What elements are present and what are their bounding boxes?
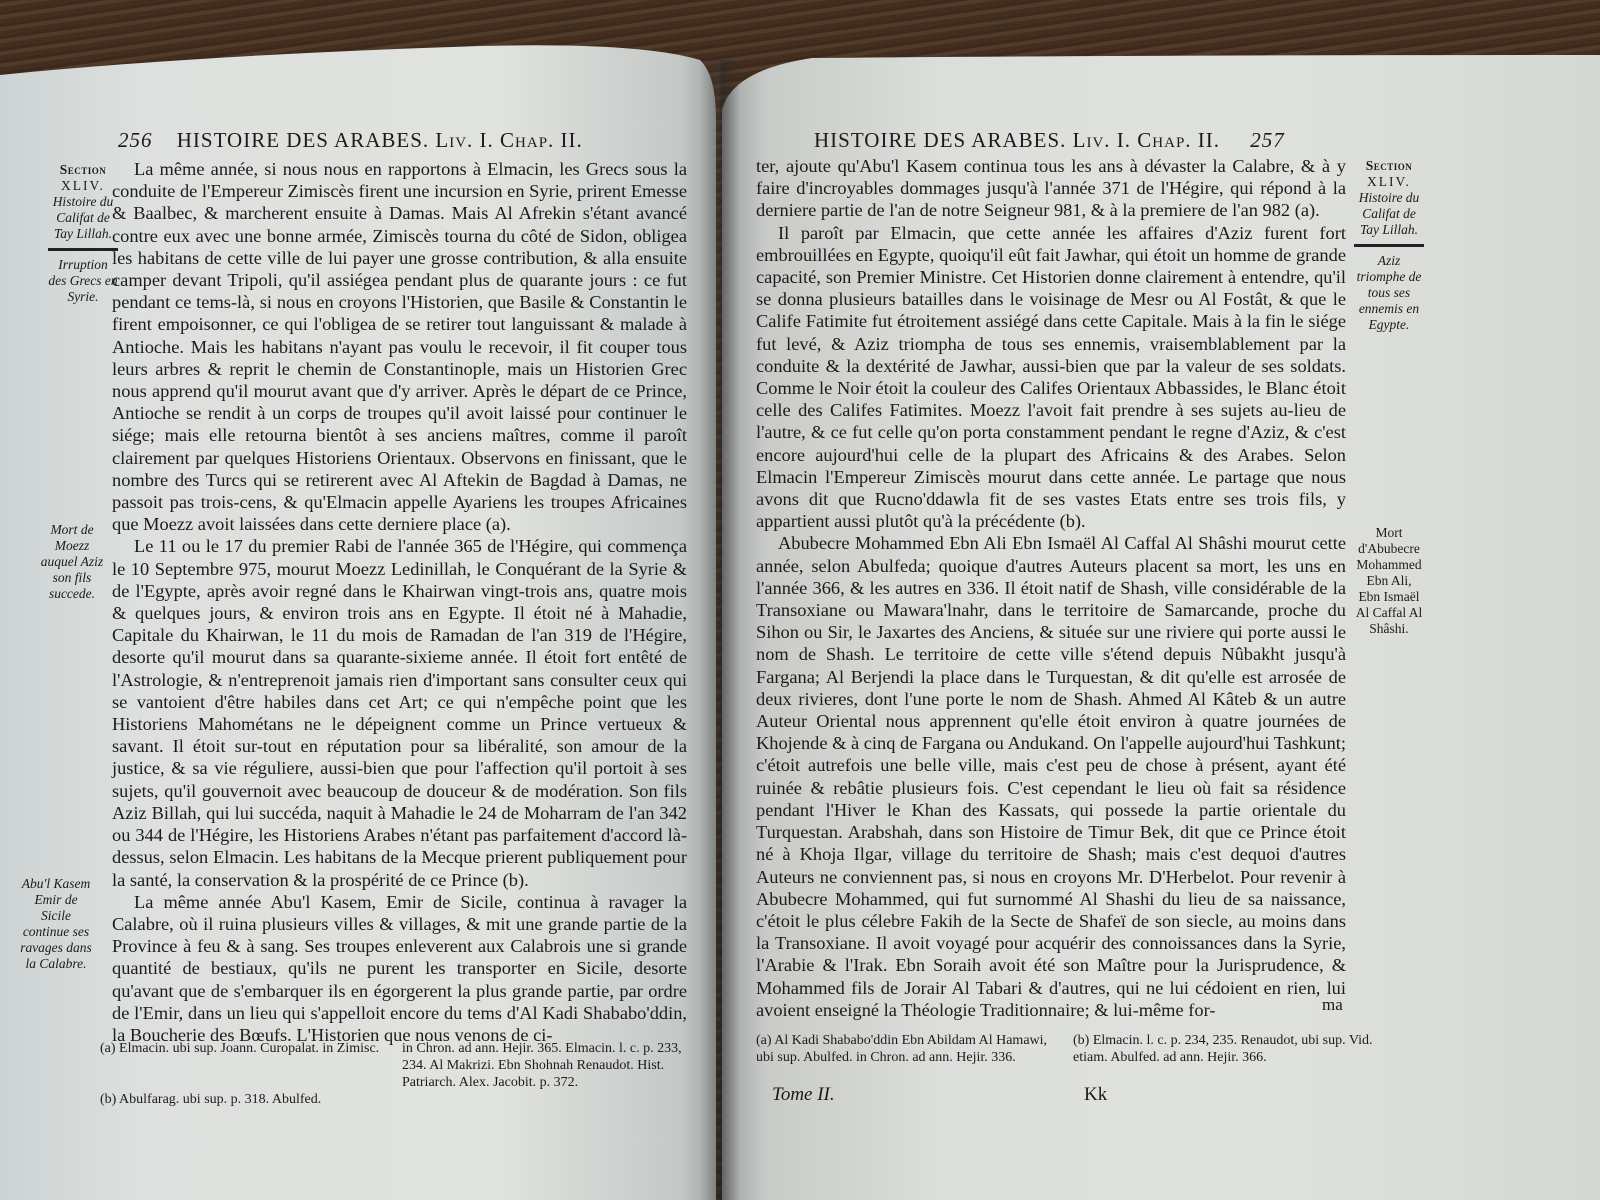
paragraph: La même année Abu'l Kasem, Emir de Sicil… (112, 891, 687, 1046)
footnote-a: (a) Elmacin. ubi sup. Joann. Curopalat. … (100, 1040, 388, 1091)
signature-mark: Kk (1084, 1084, 1107, 1106)
margin-note-section-right: Section XLIV. Histoire du Califat de Tay… (1354, 158, 1424, 333)
margin-divider (48, 248, 118, 251)
margin-note-abul-kasem: Abu'l Kasem Emir de Sicile continue ses … (18, 876, 94, 972)
right-page: HISTOIRE DES ARABES. Liv. I. Chap. II. 2… (722, 0, 1600, 1200)
footnote-b: (b) Abulfarag. ubi sup. p. 318. Abulfed. (100, 1091, 388, 1108)
footnote-a: (a) Al Kadi Shababo'ddin Ebn Abildam Al … (756, 1032, 1059, 1066)
running-head-left: 256 HISTOIRE DES ARABES. Liv. I. Chap. I… (118, 128, 583, 153)
margin-note-section: Section XLIV. Histoire du Califat de Tay… (48, 162, 118, 305)
margin-note-irruption: Irruption des Grecs en Syrie. (48, 257, 117, 304)
footnote-continued: in Chron. ad ann. Hejir. 365. Elmacin. l… (402, 1040, 690, 1091)
paragraph: Il paroît par Elmacin, que cette année l… (756, 222, 1346, 533)
paragraph: ter, ajoute qu'Abu'l Kasem continua tous… (756, 155, 1346, 222)
margin-note-mort-moezz: Mort de Moezz auquel Aziz son fils succe… (40, 522, 104, 602)
folio-right: 257 (1250, 128, 1285, 152)
running-head-right: HISTOIRE DES ARABES. Liv. I. Chap. II. 2… (814, 128, 1285, 153)
left-footnotes: (a) Elmacin. ubi sup. Joann. Curopalat. … (100, 1040, 690, 1108)
right-body-text: ter, ajoute qu'Abu'l Kasem continua tous… (756, 155, 1346, 1021)
paragraph: Le 11 ou le 17 du premier Rabi de l'anné… (112, 535, 687, 890)
signature-tome: Tome II. (772, 1084, 835, 1106)
margin-note-aziz: Aziz triomphe de tous ses ennemis en Egy… (1357, 253, 1422, 332)
paragraph: La même année, si nous nous en rapporton… (112, 158, 687, 535)
margin-divider (1354, 244, 1424, 247)
paragraph: Abubecre Mohammed Ebn Ali Ebn Ismaël Al … (756, 532, 1346, 1020)
running-title-left: HISTOIRE DES ARABES. Liv. I. Chap. II. (177, 128, 583, 152)
folio-left: 256 (118, 128, 153, 152)
catchword: ma (1322, 995, 1343, 1015)
right-footnotes: (a) Al Kadi Shababo'ddin Ebn Abildam Al … (756, 1032, 1376, 1066)
footnote-b: (b) Elmacin. l. c. p. 234, 235. Renaudot… (1073, 1032, 1376, 1066)
left-body-text: La même année, si nous nous en rapporton… (112, 158, 687, 1046)
open-book: 256 HISTOIRE DES ARABES. Liv. I. Chap. I… (0, 0, 1600, 1200)
left-page: 256 HISTOIRE DES ARABES. Liv. I. Chap. I… (0, 0, 716, 1200)
running-title-right: HISTOIRE DES ARABES. Liv. I. Chap. II. (814, 128, 1220, 152)
margin-note-mort-abubecre: Mort d'Abubecre Mohammed Ebn Ali, Ebn Is… (1354, 525, 1424, 637)
